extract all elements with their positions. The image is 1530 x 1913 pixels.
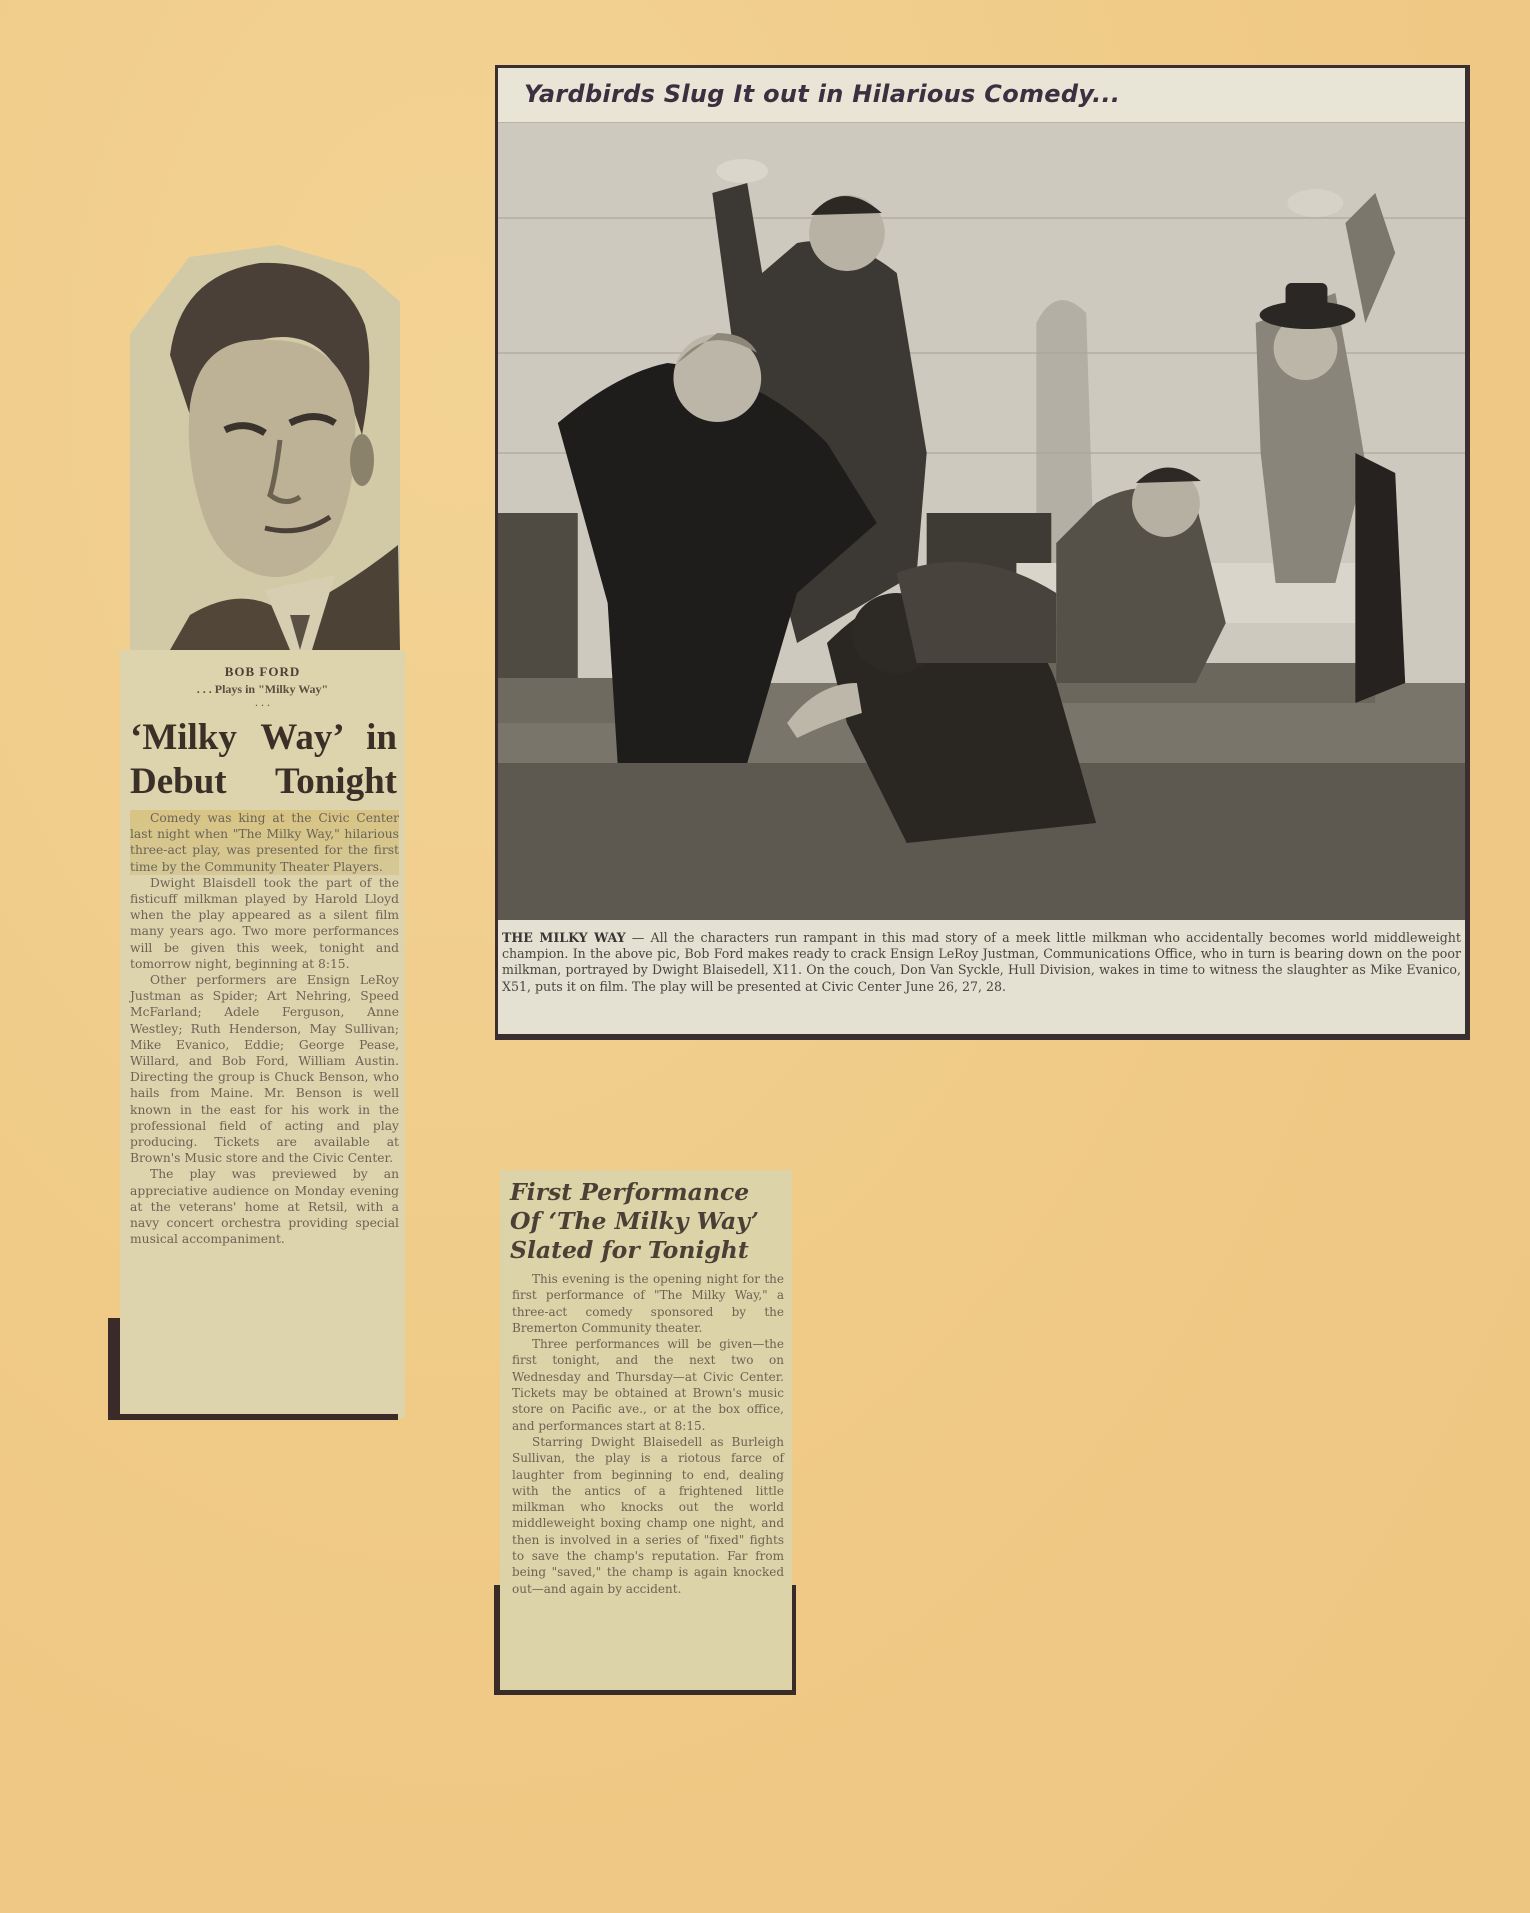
milky-way-debut-article: BOB FORD . . . Plays in "Milky Way" . . … (120, 650, 405, 1418)
clipping-shadow (494, 1585, 500, 1695)
article-paragraph: This evening is the opening night for th… (512, 1271, 784, 1336)
separator-dots: . . . (120, 695, 405, 710)
caption-lead: THE MILKY WAY (502, 930, 626, 945)
bob-ford-portrait-clipping (130, 245, 400, 650)
photo-caption-name: BOB FORD (120, 664, 405, 680)
clipping-shadow (494, 1690, 792, 1695)
headline-line: Debut Tonight (130, 760, 397, 804)
clipping-shadow (108, 1414, 398, 1420)
article-body: This evening is the opening night for th… (500, 1271, 792, 1597)
caption-body: — All the characters run rampant in this… (502, 930, 1461, 994)
article-paragraph: Dwight Blaisdell took the part of the fi… (130, 875, 399, 972)
article-paragraph: Starring Dwight Blaisedell as Burleigh S… (512, 1434, 784, 1597)
first-performance-article: First Performance Of ‘The Milky Way’ Sla… (500, 1170, 792, 1692)
cast-photo-illustration (498, 123, 1465, 920)
yardbirds-photo-clipping: Yardbirds Slug It out in Hilarious Comed… (495, 65, 1470, 1040)
cast-photo (498, 123, 1465, 920)
article-headline: ‘Milky Way’ in Debut Tonight (130, 716, 397, 804)
article-paragraph: Other performers are Ensign LeRoy Justma… (130, 972, 399, 1166)
headline-line: First Performance (510, 1178, 786, 1207)
article-paragraph: Three performances will be given—the fir… (512, 1336, 784, 1434)
article-paragraph: Comedy was king at the Civic Center last… (130, 810, 399, 875)
headline-line: ‘Milky Way’ in (130, 716, 397, 760)
headline-line: Of ‘The Milky Way’ (510, 1207, 786, 1236)
article-body: Comedy was king at the Civic Center last… (120, 810, 405, 1247)
portrait-photo (130, 245, 400, 650)
photo-caption: THE MILKY WAY — All the characters run r… (498, 920, 1465, 995)
article-headline: First Performance Of ‘The Milky Way’ Sla… (500, 1170, 792, 1271)
clipping-shadow (108, 1318, 120, 1418)
headline-line: Slated for Tonight (510, 1236, 786, 1265)
photo-headline: Yardbirds Slug It out in Hilarious Comed… (498, 68, 1465, 123)
clipping-shadow (792, 1585, 796, 1695)
article-paragraph: The play was previewed by an appreciativ… (130, 1166, 399, 1247)
